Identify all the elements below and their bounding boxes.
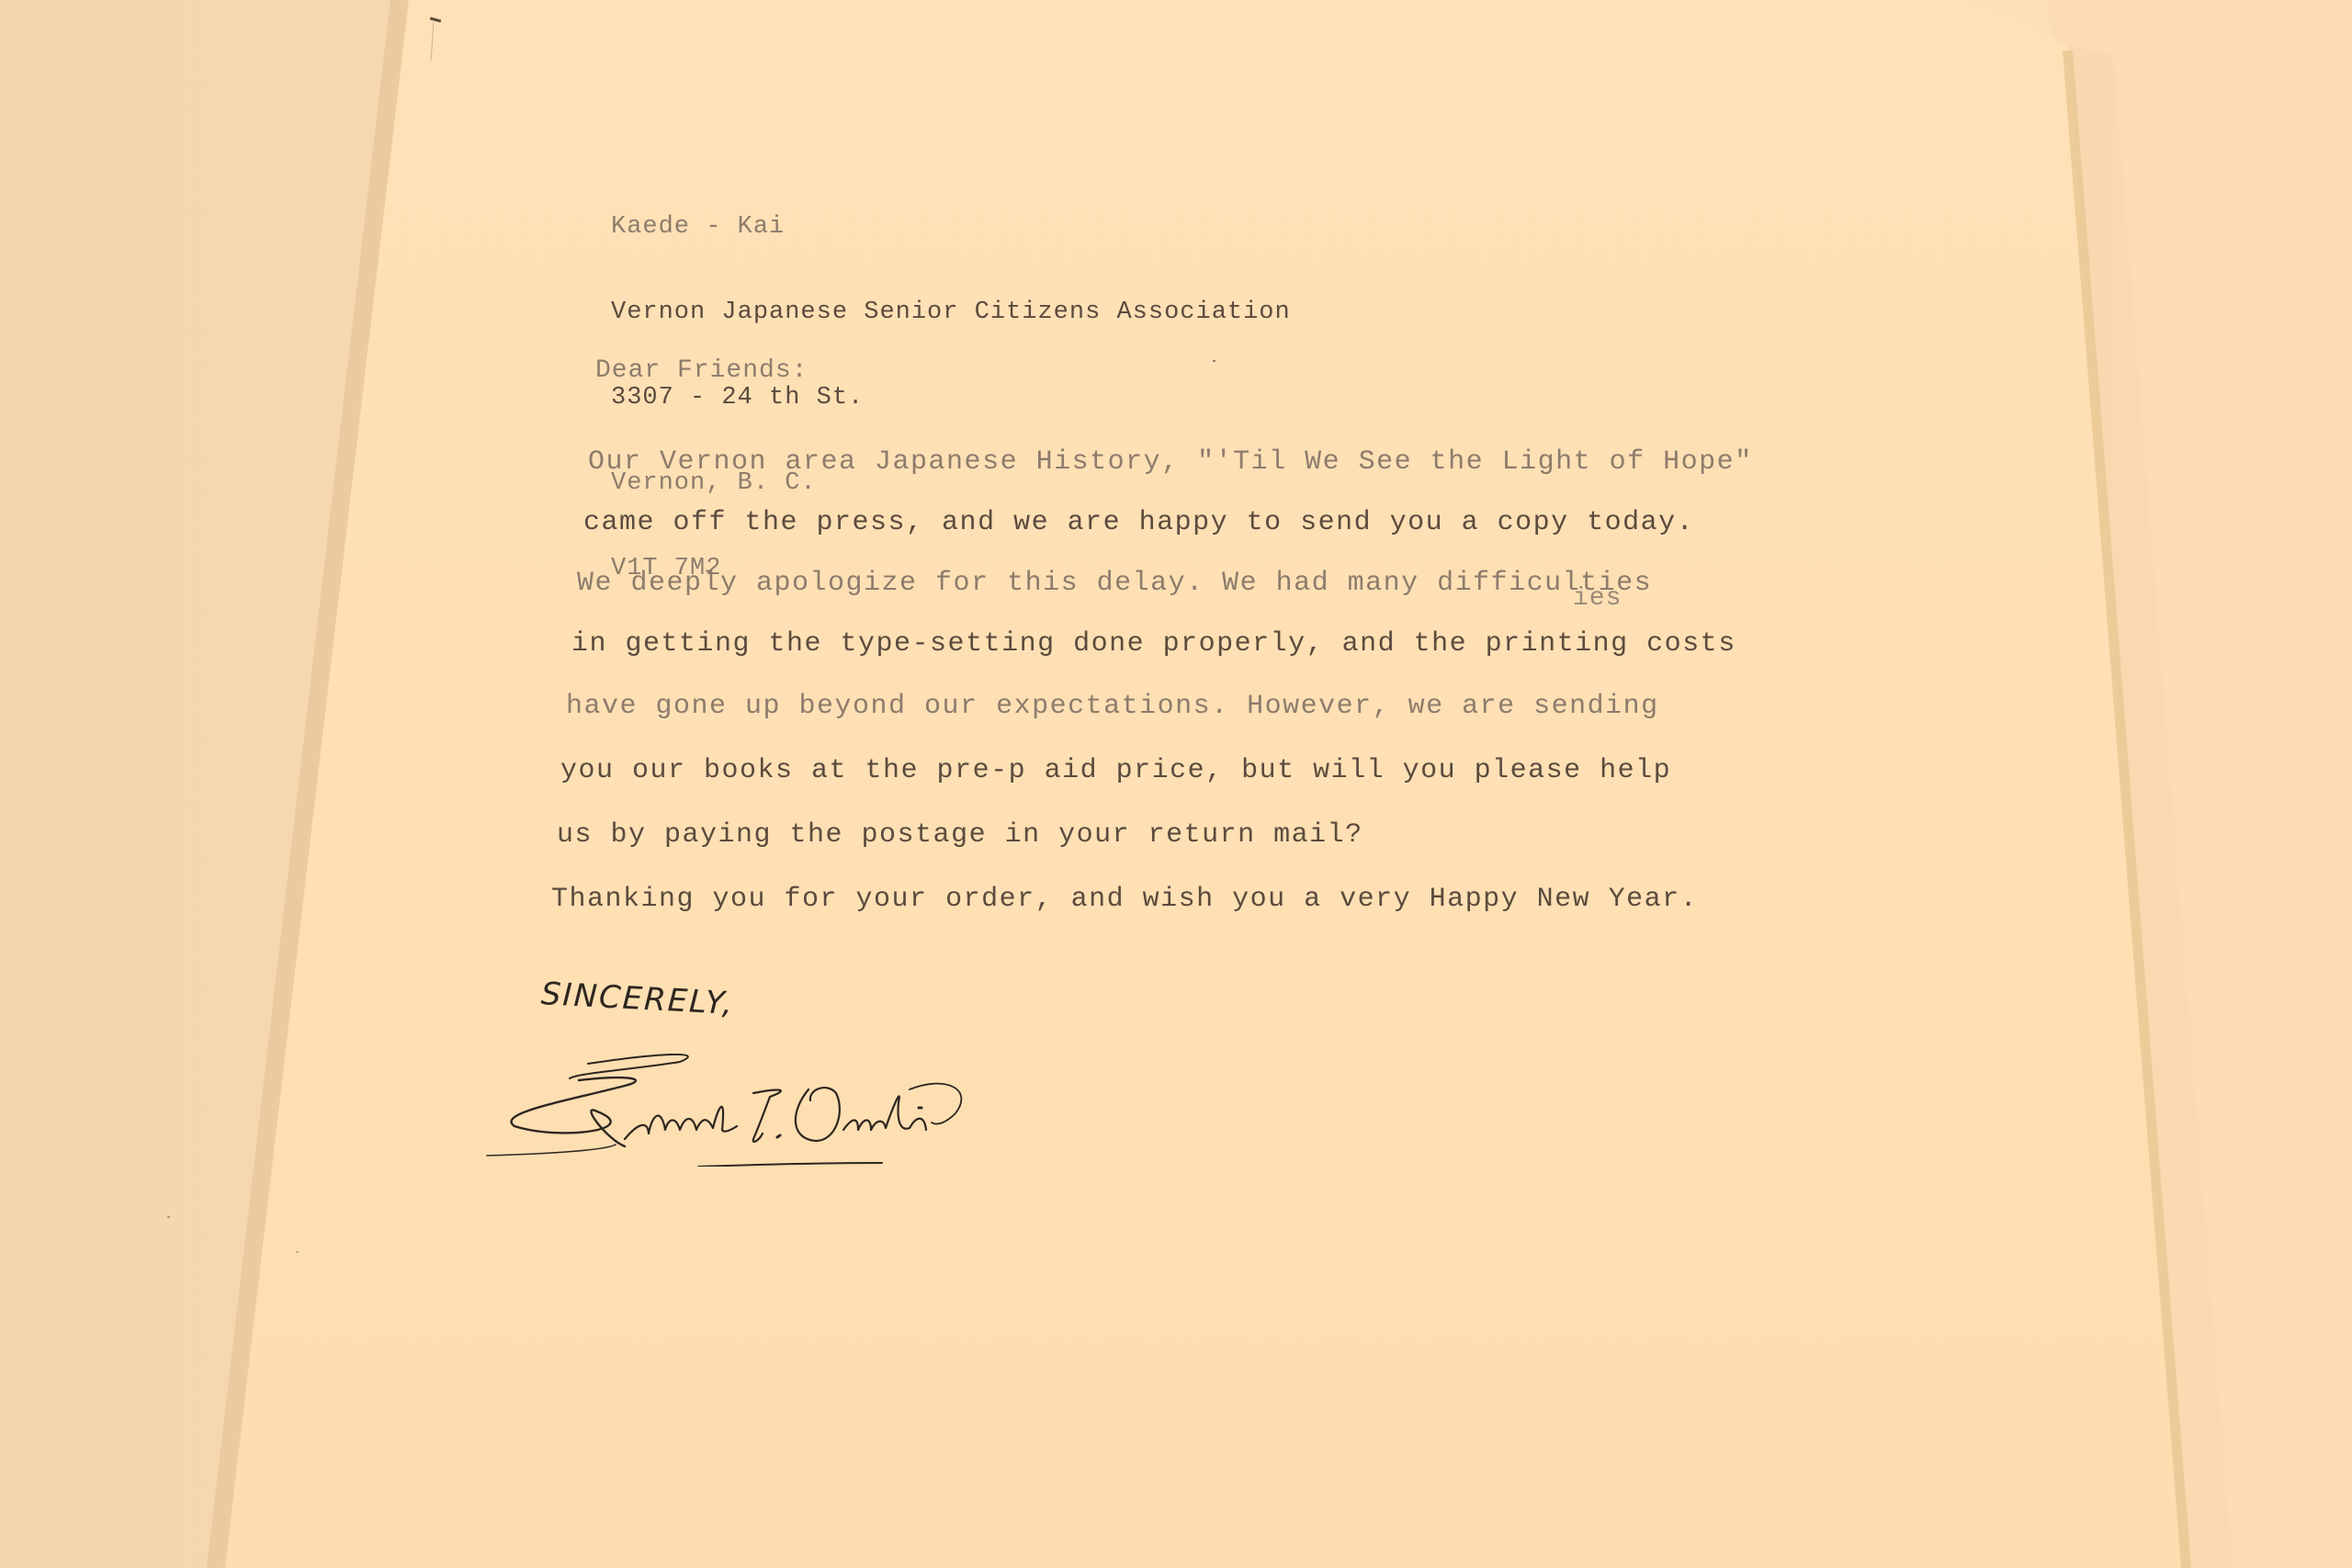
body-line-8: Thanking you for your order, and wish yo… xyxy=(551,884,1698,915)
body-line-6: you our books at the pre-p aid price, bu… xyxy=(560,755,1671,786)
paper-speck xyxy=(167,1216,170,1218)
paper-speck xyxy=(1213,360,1216,362)
photographed-letter-scene: Kaede - Kai Vernon Japanese Senior Citiz… xyxy=(0,0,2352,1568)
paper-speck xyxy=(296,1251,299,1253)
body-line-5: have gone up beyond our expectations. Ho… xyxy=(566,691,1659,722)
address-line-org-short: Kaede - Kai xyxy=(611,213,1291,242)
body-line-1: Our Vernon area Japanese History, "'Til … xyxy=(588,446,1753,478)
typing-correction-overstrike: ies xyxy=(1573,584,1622,613)
salutation: Dear Friends: xyxy=(595,356,808,385)
body-line-7: us by paying the postage in your return … xyxy=(557,819,1363,851)
address-line-street: 3307 - 24 th St. xyxy=(611,384,1291,412)
body-line-2: came off the press, and we are happy to … xyxy=(583,507,1694,538)
address-line-org-full: Vernon Japanese Senior Citizens Associat… xyxy=(611,299,1291,327)
body-line-4: in getting the type-setting done properl… xyxy=(571,628,1736,660)
handwritten-signature xyxy=(478,1038,1102,1167)
body-line-3: We deeply apologize for this delay. We h… xyxy=(577,568,1652,599)
